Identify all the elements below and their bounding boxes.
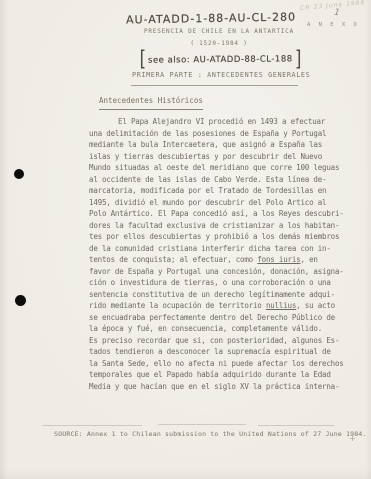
document-title: PRESENCIA DE CHILE EN LA ANTARTICA <box>99 28 339 35</box>
body-line: dores la facultad exclusiva de cristiani… <box>89 220 365 232</box>
source-line: SOURCE: Annex 1 to Chilean submission to… <box>54 430 367 438</box>
body-line: de la comunidad cristiana interferir dic… <box>89 243 365 255</box>
bracket-left-icon: [ <box>140 49 147 70</box>
scan-artifact-line <box>258 425 334 426</box>
see-also-text: see also: AU-ATADD-88-CL-188 <box>148 54 293 65</box>
body-line: ción o investidura de tierras, o una cor… <box>89 277 365 289</box>
body-line: Mundo situadas al oeste del meridiano qu… <box>89 162 365 174</box>
body-line: El Papa Alejandro VI procedió en 1493 a … <box>89 116 365 128</box>
body-line: temporales que el Papado había adquirido… <box>89 369 365 381</box>
body-paragraph: El Papa Alejandro VI procedió en 1493 a … <box>89 116 365 392</box>
body-line: la Santa Sede, ello no afecta ni puede a… <box>89 358 365 370</box>
document-date-range: ( 1520-1984 ) <box>99 40 339 47</box>
body-line: favor de España y Portugal una concesión… <box>89 266 365 278</box>
part-heading-underline <box>131 85 298 86</box>
handwritten-reference: AU-ATADD-1-88-AU-CL-280 <box>126 11 296 27</box>
body-line: sentencia constitutiva de un derecho leg… <box>89 289 365 301</box>
section-heading: Antecedentes Históricos <box>99 96 203 110</box>
body-line: al occidente de las islas de Cabo Verde.… <box>89 174 365 186</box>
body-line: Media y que hacían que en el siglo XV la… <box>89 381 365 393</box>
scan-artifact-line <box>42 425 142 426</box>
body-line: tentos de conquista; al efectuar, como f… <box>89 254 365 266</box>
punch-hole-bottom <box>15 295 26 306</box>
pencil-date-note: CH 23 June 1986 <box>299 0 365 12</box>
body-line: Es preciso recordar que si, con posterio… <box>89 335 365 347</box>
body-line: rido mediante la ocupación de territorio… <box>89 300 365 312</box>
body-line: marcatoria, modificada por el Tratado de… <box>89 185 365 197</box>
punch-hole-top <box>14 169 24 179</box>
body-line: Polo Antártico. El Papa concedió así, a … <box>89 208 365 220</box>
scanned-document-page: CH 23 June 1986 1 AU-ATADD-1-88-AU-CL-28… <box>0 0 371 479</box>
body-line: tados tendieron a desconocer la supremac… <box>89 346 365 358</box>
body-line: mediante la bula Intercaetera, que asign… <box>89 139 365 151</box>
see-also-note: [ see also: AU-ATADD-88-CL-188 ] <box>128 49 313 71</box>
pencil-page-number: 1 <box>333 8 340 19</box>
bracket-right-icon: ] <box>295 49 302 70</box>
body-line: la época y fué, en consecuencia, complet… <box>89 323 365 335</box>
scan-artifact-line <box>158 424 246 425</box>
body-line: una delimitación de las posesiones de Es… <box>89 128 365 140</box>
plus-mark: + <box>349 434 356 443</box>
body-line: islas y tierras descubiertas y por descu… <box>89 151 365 163</box>
body-line: 1495, dividió el mundo por descubrir del… <box>89 197 365 209</box>
body-line: tes por ellos descubiertas y prohibió a … <box>89 231 365 243</box>
body-line: se encuadraba perfectamente dentro del D… <box>89 312 365 324</box>
part-heading: PRIMERA PARTE : ANTECEDENTES GENERALES <box>132 71 310 79</box>
